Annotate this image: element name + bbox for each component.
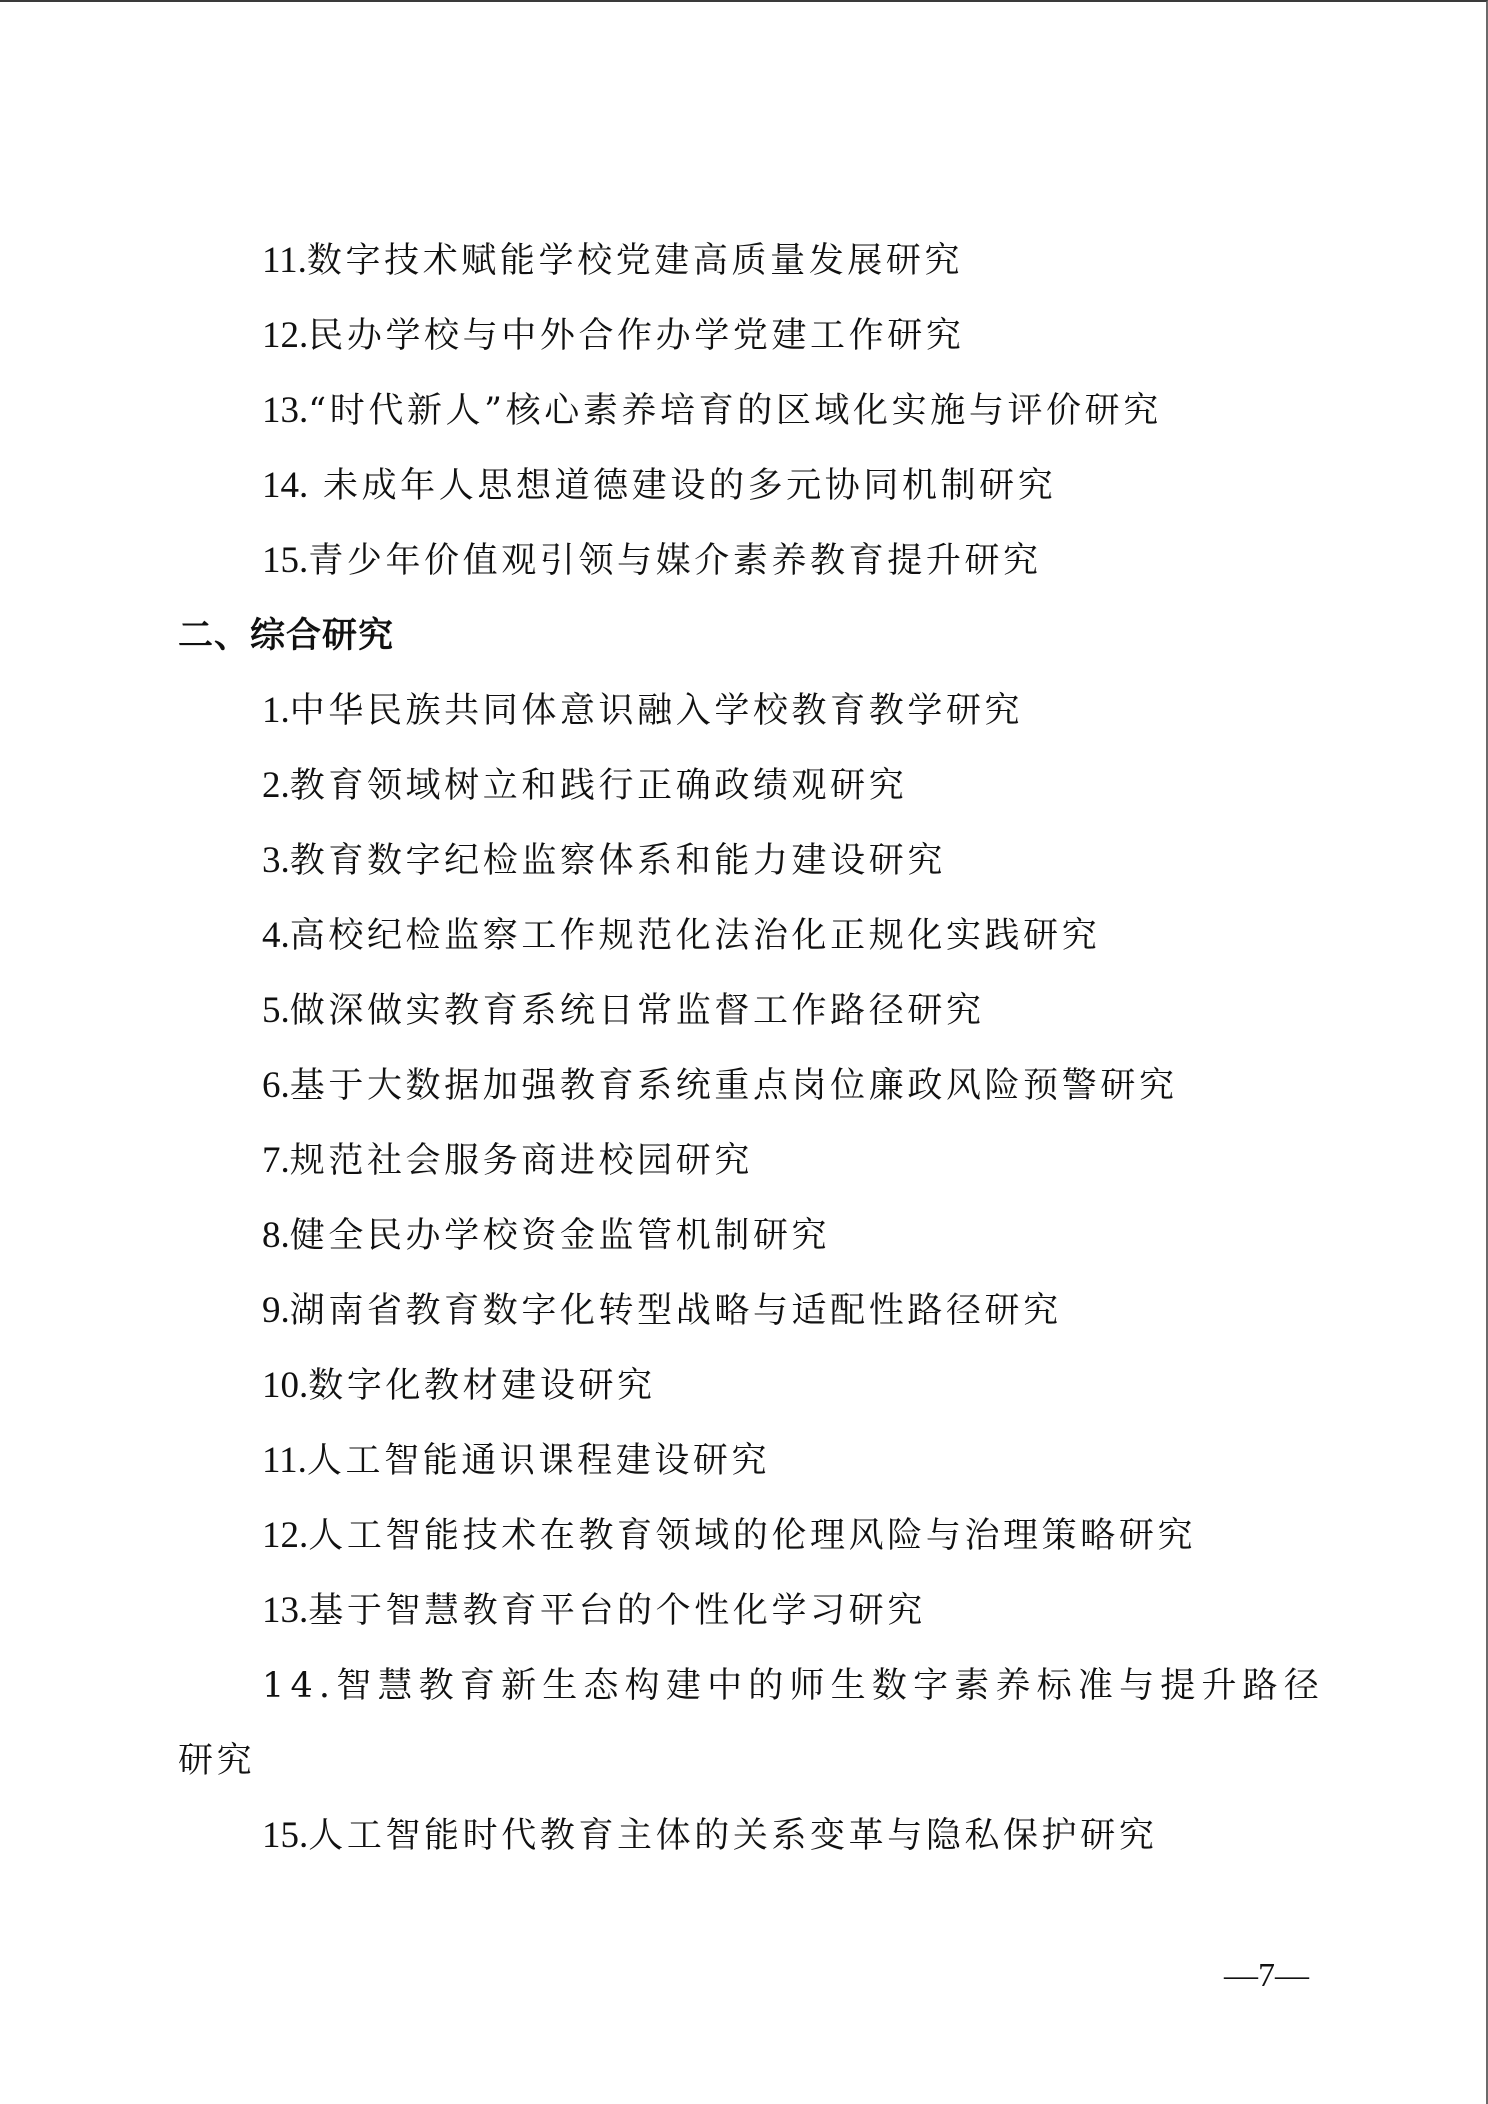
- item-number: 15.: [262, 1815, 308, 1856]
- item-text: 教育领域树立和践行正确政绩观研究: [290, 766, 908, 806]
- item-number: 4.: [262, 915, 290, 956]
- item-text: 智慧教育新生态构建中的师生数字素养标准与提升路径: [336, 1666, 1325, 1706]
- list-item: 14. 未成年人思想道德建设的多元协同机制研究: [178, 460, 1298, 535]
- item-number: 11.: [262, 1440, 307, 1481]
- item-text: 民办学校与中外合作办学党建工作研究: [308, 316, 964, 356]
- item-text: 未成年人思想道德建设的多元协同机制研究: [308, 466, 1056, 506]
- item-text: 湖南省教育数字化转型战略与适配性路径研究: [290, 1291, 1062, 1331]
- item-number: 2.: [262, 765, 290, 806]
- list-item: 13.基于智慧教育平台的个性化学习研究: [178, 1585, 1298, 1660]
- item-number: 6.: [262, 1065, 290, 1106]
- item-text: 数字化教材建设研究: [308, 1366, 655, 1406]
- item-text: 数字技术赋能学校党建高质量发展研究: [307, 241, 963, 281]
- document-body: 11.数字技术赋能学校党建高质量发展研究 12.民办学校与中外合作办学党建工作研…: [178, 235, 1298, 1885]
- list-item: 8.健全民办学校资金监管机制研究: [178, 1210, 1298, 1285]
- item-text: “时代新人”核心素养培育的区域化实施与评价研究: [308, 391, 1162, 431]
- list-item: 11.数字技术赋能学校党建高质量发展研究: [178, 235, 1298, 310]
- item-number: 9.: [262, 1290, 290, 1331]
- list-item: 11.人工智能通识课程建设研究: [178, 1435, 1298, 1510]
- item-text: 高校纪检监察工作规范化法治化正规化实践研究: [290, 916, 1101, 956]
- list-item: 1.中华民族共同体意识融入学校教育教学研究: [178, 685, 1298, 760]
- item-text: 规范社会服务商进校园研究: [290, 1141, 753, 1181]
- item-number: 11.: [262, 240, 307, 281]
- item-text: 基于智慧教育平台的个性化学习研究: [308, 1591, 926, 1631]
- item-text: 人工智能时代教育主体的关系变革与隐私保护研究: [308, 1816, 1157, 1856]
- document-page: 11.数字技术赋能学校党建高质量发展研究 12.民办学校与中外合作办学党建工作研…: [0, 0, 1488, 2104]
- list-item-continuation: 研究: [178, 1735, 1298, 1810]
- item-text: 中华民族共同体意识融入学校教育教学研究: [290, 691, 1023, 731]
- list-item: 6.基于大数据加强教育系统重点岗位廉政风险预警研究: [178, 1060, 1298, 1135]
- list-item: 15.青少年价值观引领与媒介素养教育提升研究: [178, 535, 1298, 610]
- item-text: 教育数字纪检监察体系和能力建设研究: [290, 841, 946, 881]
- item-text: 人工智能通识课程建设研究: [307, 1441, 770, 1481]
- item-number: 8.: [262, 1215, 290, 1256]
- item-number: 15.: [262, 540, 308, 581]
- item-number: 13.: [262, 1590, 308, 1631]
- item-number: 13.: [262, 390, 308, 431]
- list-item: 5.做深做实教育系统日常监督工作路径研究: [178, 985, 1298, 1060]
- list-item: 14.智慧教育新生态构建中的师生数字素养标准与提升路径: [178, 1660, 1298, 1735]
- item-number: 12.: [262, 315, 308, 356]
- list-item: 2.教育领域树立和践行正确政绩观研究: [178, 760, 1298, 835]
- item-text: 做深做实教育系统日常监督工作路径研究: [290, 991, 985, 1031]
- item-text: 基于大数据加强教育系统重点岗位廉政风险预警研究: [290, 1066, 1178, 1106]
- item-number: 1.: [262, 690, 290, 731]
- item-text: 青少年价值观引领与媒介素养教育提升研究: [308, 541, 1041, 581]
- list-item: 9.湖南省教育数字化转型战略与适配性路径研究: [178, 1285, 1298, 1360]
- list-item: 12.人工智能技术在教育领域的伦理风险与治理策略研究: [178, 1510, 1298, 1585]
- list-item: 13.“时代新人”核心素养培育的区域化实施与评价研究: [178, 385, 1298, 460]
- item-text: 健全民办学校资金监管机制研究: [290, 1216, 830, 1256]
- section-heading: 二、综合研究: [178, 610, 1298, 685]
- item-text: 人工智能技术在教育领域的伦理风险与治理策略研究: [308, 1516, 1196, 1556]
- item-number: 3.: [262, 840, 290, 881]
- list-item: 10.数字化教材建设研究: [178, 1360, 1298, 1435]
- item-number: 14.: [262, 465, 308, 506]
- list-item: 7.规范社会服务商进校园研究: [178, 1135, 1298, 1210]
- item-number: 7.: [262, 1140, 290, 1181]
- list-item: 3.教育数字纪检监察体系和能力建设研究: [178, 835, 1298, 910]
- list-item: 4.高校纪检监察工作规范化法治化正规化实践研究: [178, 910, 1298, 985]
- item-number: 10.: [262, 1365, 308, 1406]
- page-number: —7—: [1224, 1957, 1309, 1995]
- item-number: 14.: [262, 1666, 336, 1706]
- item-number: 5.: [262, 990, 290, 1031]
- item-number: 12.: [262, 1515, 308, 1556]
- list-item: 12.民办学校与中外合作办学党建工作研究: [178, 310, 1298, 385]
- list-item: 15.人工智能时代教育主体的关系变革与隐私保护研究: [178, 1810, 1298, 1885]
